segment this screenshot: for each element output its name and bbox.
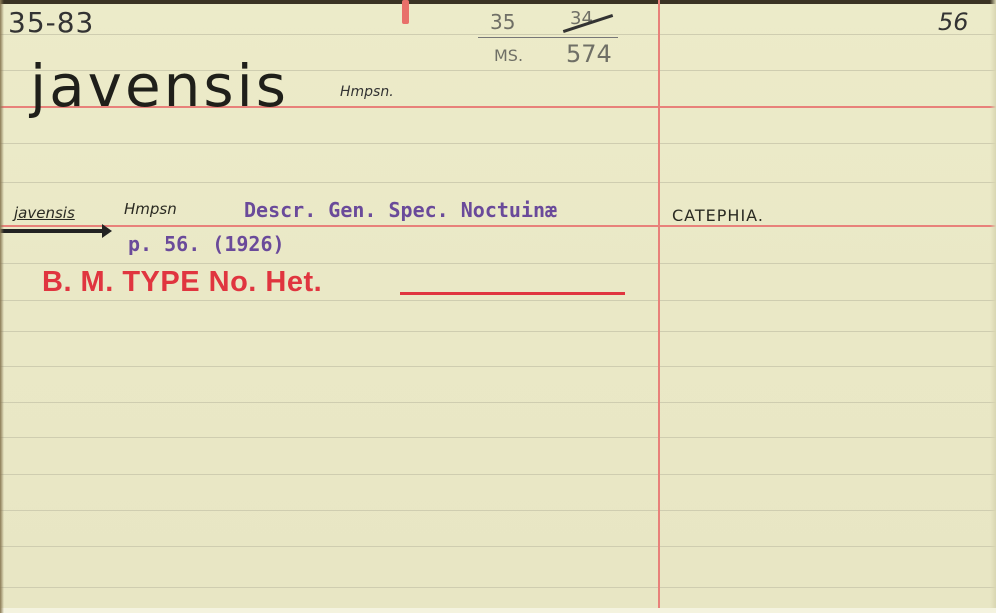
right-arrow-icon [0,229,108,233]
ruled-line [0,300,996,301]
register-ms-value: 574 [566,40,612,68]
bm-type-stamp: B. M. TYPE No. Het. [42,266,322,299]
page-year-stamp: p. 56. (1926) [128,232,285,256]
entry-author: Hmpsn [124,200,177,218]
type-number-blank [400,292,625,295]
ruled-line [0,143,996,144]
ruled-line [0,182,996,183]
ruled-line [0,34,996,35]
right-arrow-icon-head [102,224,112,238]
ruled-line [0,263,996,264]
species-name: javensis [30,52,289,120]
entry-name: javensis [14,204,75,222]
publication-stamp: Descr. Gen. Spec. Noctuinæ [244,198,557,222]
card-number: 35-83 [8,6,94,39]
author-abbrev: Hmpsn. [340,84,394,100]
ruled-line [0,510,996,511]
red-ruled-line [0,225,996,227]
ruled-line [0,546,996,547]
register-numerator: 35 [490,10,515,34]
red-margin-line [658,0,660,613]
ruled-line [0,331,996,332]
card-edge-right [990,0,996,613]
fraction-line [478,37,618,38]
register-ms-label: MS. [494,46,523,65]
ruled-line [0,402,996,403]
card-edge-bottom [0,608,996,613]
index-card: 35-83 35 34 MS. 574 56 javensis Hmpsn. j… [0,0,996,613]
page-number: 56 [938,8,969,36]
red-tab-marker [402,0,409,24]
genus-name: CATEPHIA. [672,206,764,225]
ruled-line [0,366,996,367]
ruled-line [0,474,996,475]
ruled-line [0,437,996,438]
ruled-line [0,587,996,588]
